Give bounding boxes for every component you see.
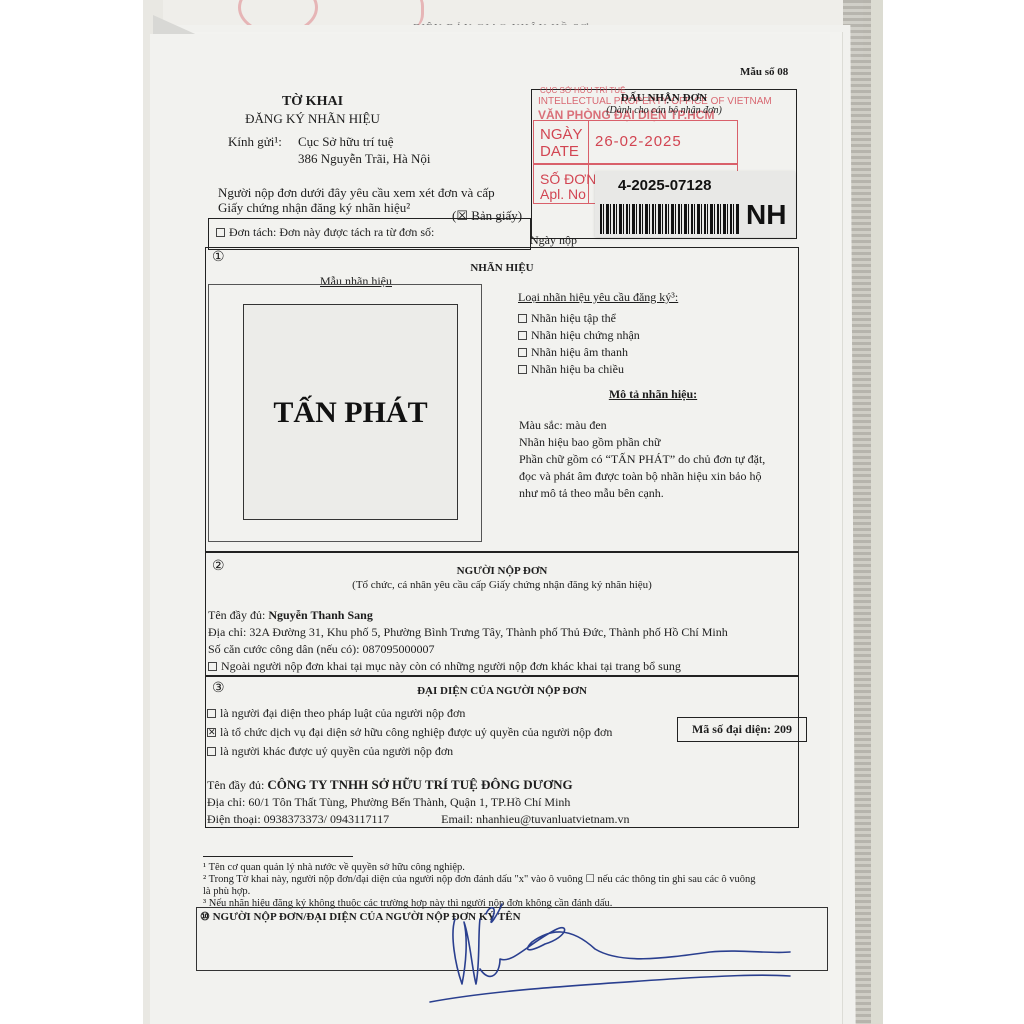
binder-edge (871, 0, 883, 1024)
handwritten-signature (150, 34, 830, 1024)
form-page: Mẫu số 08 TỜ KHAI ĐĂNG KÝ NHÃN HIỆU Kính… (150, 34, 830, 1024)
